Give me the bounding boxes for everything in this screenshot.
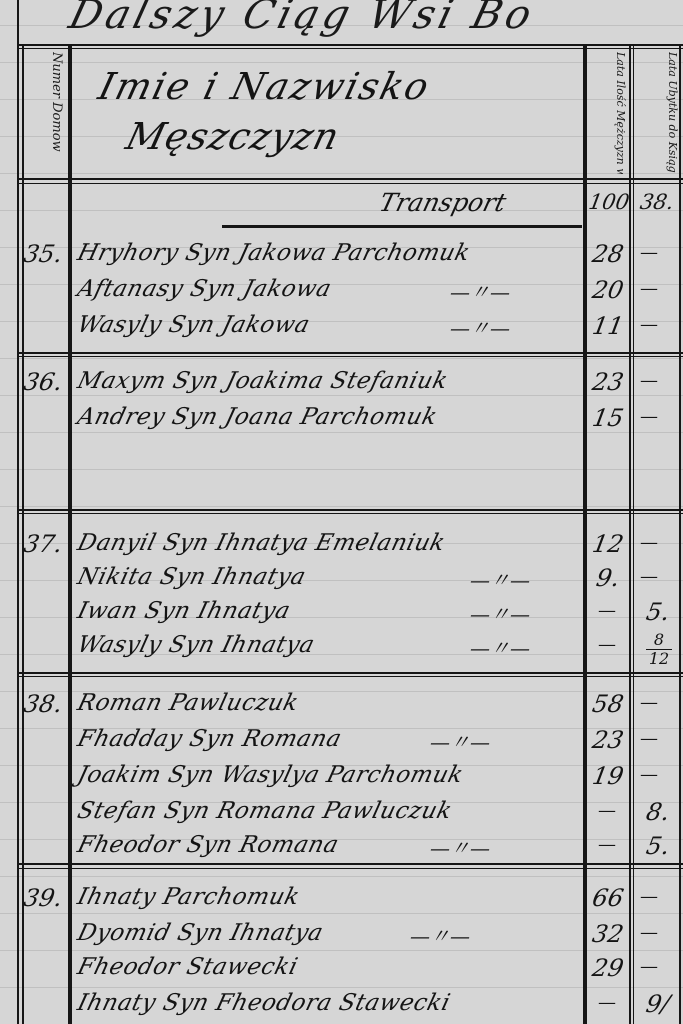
ditto-mark: —〃— bbox=[430, 726, 490, 755]
house-col-left-rule bbox=[22, 45, 24, 1024]
person-name: Fhadday Syn Romana bbox=[75, 726, 345, 752]
ditto-mark: —〃— bbox=[450, 312, 510, 341]
ditto-mark: —〃— bbox=[470, 632, 530, 661]
ditto-mark: —〃— bbox=[430, 832, 490, 861]
fraction-numerator: 8 bbox=[654, 630, 664, 649]
row-38-bottom-rule-2 bbox=[17, 868, 683, 869]
person-name: Fheodor Syn Romana bbox=[75, 832, 342, 858]
person-age: 58 bbox=[586, 690, 631, 718]
person-extra: — bbox=[640, 922, 658, 943]
row-36-bottom-rule bbox=[17, 509, 683, 511]
person-age: 12 bbox=[586, 530, 631, 558]
age-col-right-rule-2 bbox=[633, 45, 634, 1024]
age-column-header: Lata Ilość Mężczyzn w Księgach bbox=[590, 52, 626, 174]
ditto-mark: —〃— bbox=[410, 920, 470, 949]
person-extra-fraction: 8 12 bbox=[646, 632, 672, 667]
ledger-page: Dalszy Ciąg Wsi Bo Numer Domow Imie i Na… bbox=[0, 0, 683, 1024]
header-top-rule-2 bbox=[17, 48, 683, 49]
person-extra: — bbox=[640, 956, 658, 977]
person-name: Fheodor Stawecki bbox=[75, 954, 301, 980]
header-top-rule bbox=[17, 44, 683, 46]
person-age: 32 bbox=[586, 920, 631, 948]
person-name: Ihnaty Parchomuk bbox=[75, 884, 303, 910]
person-name: Stefan Syn Romana Pawluczuk bbox=[75, 798, 455, 824]
name-column-header: Imie i Nazwisko Męszczyzn bbox=[68, 62, 595, 172]
person-name: Iwan Syn Ihnatya bbox=[75, 598, 293, 624]
person-name: Andrey Syn Joana Parchomuk bbox=[75, 404, 440, 430]
person-age: 20 bbox=[586, 276, 631, 304]
row-37-bottom-rule bbox=[17, 672, 683, 674]
person-extra: — bbox=[640, 566, 658, 587]
person-name: Dyomid Syn Ihnatya bbox=[75, 920, 326, 946]
ditto-mark: —〃— bbox=[450, 276, 510, 305]
house-number-37: 37. bbox=[22, 530, 65, 558]
house-number-36: 36. bbox=[22, 368, 65, 396]
person-extra: — bbox=[640, 242, 658, 263]
name-col-right-rule bbox=[583, 45, 587, 1024]
person-extra: — bbox=[640, 406, 658, 427]
person-age: 29 bbox=[586, 954, 631, 982]
person-extra: — bbox=[640, 886, 658, 907]
person-age: 23 bbox=[586, 368, 631, 396]
person-name: Hryhory Syn Jakowa Parchomuk bbox=[75, 240, 473, 266]
person-name: Ihnaty Syn Fheodora Stawecki bbox=[75, 990, 453, 1016]
person-age: 9. bbox=[586, 564, 631, 592]
person-name: Roman Pawluczuk bbox=[75, 690, 302, 716]
ditto-mark: —〃— bbox=[470, 564, 530, 593]
person-extra: — bbox=[640, 764, 658, 785]
person-extra: — bbox=[640, 532, 658, 553]
person-age: — bbox=[598, 600, 616, 621]
person-name: Joakim Syn Wasylya Parchomuk bbox=[75, 762, 466, 788]
transport-label: Transport bbox=[376, 188, 509, 217]
house-col-right-rule bbox=[68, 45, 72, 1024]
person-age: — bbox=[598, 992, 616, 1013]
person-name: Maxym Syn Joakima Stefaniuk bbox=[75, 368, 451, 394]
left-border-rule bbox=[17, 0, 19, 1024]
person-name: Danyil Syn Ihnatya Emelaniuk bbox=[75, 530, 448, 556]
row-35-bottom-rule-2 bbox=[17, 356, 683, 357]
person-age: — bbox=[598, 634, 616, 655]
name-header-line2: Męszczyzn bbox=[71, 112, 583, 162]
page-title: Dalszy Ciąg Wsi Bo bbox=[64, 0, 683, 40]
house-number-35: 35. bbox=[22, 240, 65, 268]
person-extra: 5. bbox=[634, 832, 683, 860]
person-extra: — bbox=[640, 728, 658, 749]
row-35-bottom-rule bbox=[17, 352, 683, 354]
person-age: — bbox=[598, 800, 616, 821]
house-number-39: 39. bbox=[22, 884, 65, 912]
transport-age: 100 bbox=[586, 190, 632, 214]
person-age: 15 bbox=[586, 404, 631, 432]
house-number-header: Numer Domow bbox=[28, 52, 64, 172]
person-age: 66 bbox=[586, 884, 631, 912]
row-38-bottom-rule bbox=[17, 863, 683, 865]
person-age: 11 bbox=[586, 312, 631, 340]
person-name: Wasyly Syn Ihnatya bbox=[75, 632, 318, 658]
revision-column-header: Lata Ubytku do Ksiąg Rewizyi bbox=[638, 52, 678, 174]
person-age: — bbox=[598, 834, 616, 855]
row-36-bottom-rule-2 bbox=[17, 513, 683, 514]
person-extra: 9/ bbox=[634, 990, 683, 1018]
person-extra: 5. bbox=[634, 598, 683, 626]
person-age: 28 bbox=[586, 240, 631, 268]
person-age: 19 bbox=[586, 762, 631, 790]
house-number-38: 38. bbox=[22, 690, 65, 718]
ditto-mark: —〃— bbox=[470, 598, 530, 627]
person-extra: — bbox=[640, 314, 658, 335]
name-header-line1: Imie i Nazwisko bbox=[83, 62, 595, 112]
header-bottom-rule-2 bbox=[17, 183, 683, 184]
fraction-denominator: 12 bbox=[649, 649, 669, 668]
person-name: Wasyly Syn Jakowa bbox=[75, 312, 313, 338]
person-age: 23 bbox=[586, 726, 631, 754]
person-name: Nikita Syn Ihnatya bbox=[75, 564, 309, 590]
person-extra: — bbox=[640, 692, 658, 713]
row-37-bottom-rule-2 bbox=[17, 676, 683, 677]
header-bottom-rule bbox=[17, 178, 683, 180]
transport-underline bbox=[222, 225, 582, 228]
person-extra: — bbox=[640, 278, 658, 299]
person-extra: 8. bbox=[634, 798, 683, 826]
transport-extra: 38. bbox=[632, 190, 682, 214]
person-name: Aftanasy Syn Jakowa bbox=[75, 276, 334, 302]
person-extra: — bbox=[640, 370, 658, 391]
